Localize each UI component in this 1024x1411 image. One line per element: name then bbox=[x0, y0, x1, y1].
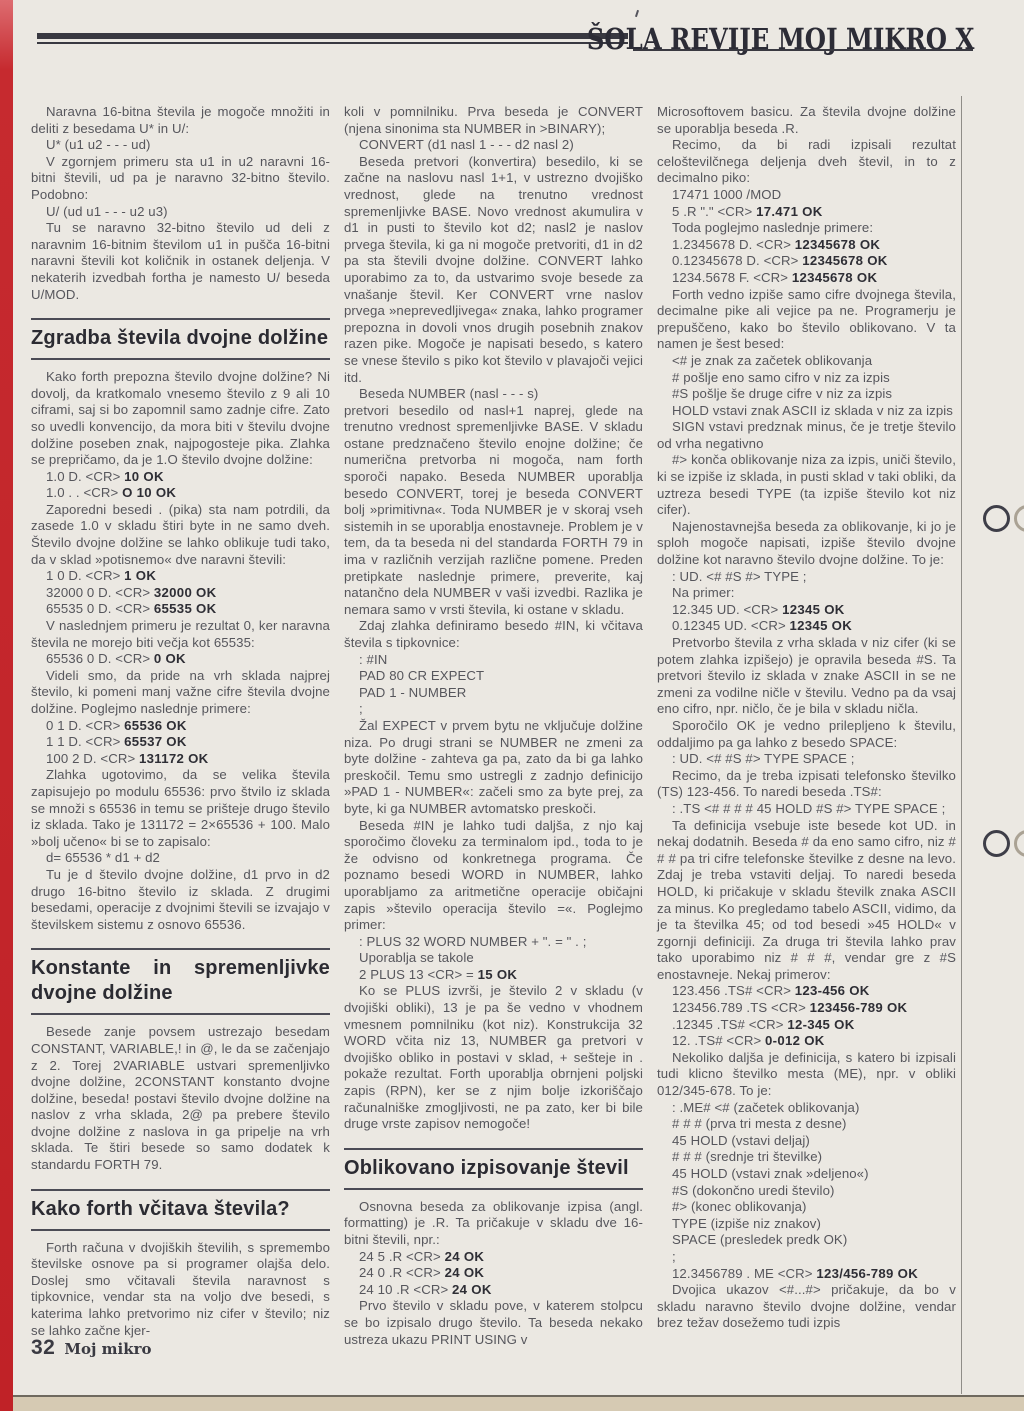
code-line: 65536 0 D. <CR> 0 OK bbox=[31, 651, 330, 668]
header-rule-thick bbox=[37, 33, 628, 39]
code-line: SPACE (presledek predk OK) bbox=[657, 1232, 956, 1249]
code-result: 17.471 OK bbox=[756, 204, 822, 219]
code-result: 0-012 OK bbox=[765, 1033, 825, 1048]
code-line: PAD 80 CR EXPECT bbox=[344, 668, 643, 685]
paragraph: <# je znak za začetek oblikovanja bbox=[657, 353, 956, 370]
code-result: 65535 OK bbox=[154, 601, 217, 616]
code-result: 1 OK bbox=[124, 568, 156, 583]
code-line: 100 2 D. <CR> 131172 OK bbox=[31, 751, 330, 768]
code-line: 45 HOLD (vstavi znak »deljeno«) bbox=[657, 1166, 956, 1183]
code-result: 131172 OK bbox=[139, 751, 208, 766]
paragraph: Žal EXPECT v prvem bytu ne vključuje dol… bbox=[344, 718, 643, 818]
section-heading: Konstante in spremenljivke dvojne dolžin… bbox=[31, 948, 330, 1015]
header-title-underline bbox=[633, 49, 973, 51]
paragraph: SIGN vstavi predznak minus, če je tretje… bbox=[657, 419, 956, 452]
paragraph: #> konča oblikovanje niza za izpis, unič… bbox=[657, 452, 956, 518]
binder-hole-ghost-icon bbox=[1014, 505, 1024, 532]
paragraph: Zdaj zlahka definiramo besedo #IN, ki vč… bbox=[344, 618, 643, 651]
paragraph: Forth vedno izpiše samo cifre dvojnega š… bbox=[657, 287, 956, 353]
header-rule-thin bbox=[37, 42, 628, 44]
section-heading: Oblikovano izpisovanje števil bbox=[344, 1148, 643, 1190]
code-line: U/ (ud u1 - - - u2 u3) bbox=[31, 204, 330, 221]
code-result: 24 OK bbox=[445, 1249, 485, 1264]
paragraph: Osnovna beseda za oblikovanje izpisa (an… bbox=[344, 1199, 643, 1249]
code-result: 12345 OK bbox=[782, 602, 845, 617]
code-line: : .TS <# # # # 45 HOLD #S #> TYPE SPACE … bbox=[657, 801, 956, 818]
paragraph: koli v pomnilniku. Prva beseda je CONVER… bbox=[344, 104, 643, 137]
paragraph: Besede zanje povsem ustrezajo besedam CO… bbox=[31, 1024, 330, 1173]
magazine-page: ŠOLA REVIJE MOJ MIKRO X Naravna 16-bitna… bbox=[0, 0, 1024, 1411]
paragraph: Tu se naravno 32-bitno število ud deli z… bbox=[31, 220, 330, 303]
code-line: Na primer: bbox=[657, 585, 956, 602]
code-result: 24 OK bbox=[445, 1265, 485, 1280]
code-result: 123-456 OK bbox=[795, 983, 870, 998]
code-line: : UD. <# #S #> TYPE SPACE ; bbox=[657, 751, 956, 768]
code-line: 1 1 D. <CR> 65537 OK bbox=[31, 734, 330, 751]
code-line: 24 5 .R <CR> 24 OK bbox=[344, 1249, 643, 1266]
code-line: ; bbox=[344, 701, 643, 718]
paragraph: pretvori besedilo od nasl+1 naprej, gled… bbox=[344, 403, 643, 619]
scan-speck bbox=[635, 10, 639, 17]
page-edge-bottom-strip bbox=[0, 1395, 1024, 1411]
paragraph: Dvojica ukazov <#...#> pričakuje, da bo … bbox=[657, 1282, 956, 1332]
code-result: 0 OK bbox=[154, 651, 186, 666]
code-line: : #IN bbox=[344, 652, 643, 669]
code-line: U* (u1 u2 - - - ud) bbox=[31, 137, 330, 154]
code-result: 12345678 OK bbox=[802, 253, 887, 268]
code-result: 24 OK bbox=[452, 1282, 492, 1297]
section-heading: Kako forth včitava števila? bbox=[31, 1189, 330, 1231]
column-3: Microsoftovem basicu. Za števila dvojne … bbox=[657, 104, 956, 1332]
paragraph: Prvo število v skladu pove, v katerem st… bbox=[344, 1298, 643, 1348]
paragraph: V zgornjem primeru sta u1 in u2 naravni … bbox=[31, 154, 330, 204]
paragraph: Naravna 16-bitna števila je mogoče množi… bbox=[31, 104, 330, 137]
code-line: 2 PLUS 13 <CR> = 15 OK bbox=[344, 967, 643, 984]
binder-hole-ghost-icon bbox=[1014, 830, 1024, 857]
paragraph: V naslednjem primeru je rezultat 0, ker … bbox=[31, 618, 330, 651]
code-line: 12.3456789 . ME <CR> 123/456-789 OK bbox=[657, 1266, 956, 1283]
code-result: 12345678 OK bbox=[795, 237, 880, 252]
code-result: O 10 OK bbox=[122, 485, 176, 500]
code-line: TYPE (izpiše niz znakov) bbox=[657, 1216, 956, 1233]
code-line: .12345 .TS# <CR> 12-345 OK bbox=[657, 1017, 956, 1034]
right-edge-rule bbox=[961, 96, 962, 1394]
code-line: 1234.5678 F. <CR> 12345678 OK bbox=[657, 270, 956, 287]
code-line: : UD. <# #S #> TYPE ; bbox=[657, 569, 956, 586]
code-result: 123456-789 OK bbox=[810, 1000, 908, 1015]
code-line: 123456.789 .TS <CR> 123456-789 OK bbox=[657, 1000, 956, 1017]
code-line: 0 1 D. <CR> 65536 OK bbox=[31, 718, 330, 735]
paragraph: Videli smo, da pride na vrh sklada najpr… bbox=[31, 668, 330, 718]
code-line: 45 HOLD (vstavi deljaj) bbox=[657, 1133, 956, 1150]
code-line: 12.345 UD. <CR> 12345 OK bbox=[657, 602, 956, 619]
code-result: 15 OK bbox=[478, 967, 518, 982]
binder-hole-icon bbox=[983, 830, 1010, 857]
paragraph: Recimo, da bi radi izpisali rezultat cel… bbox=[657, 137, 956, 187]
paragraph: Ta definicija vsebuje iste besede kot UD… bbox=[657, 818, 956, 984]
code-line: ; bbox=[657, 1249, 956, 1266]
paragraph: Microsoftovem basicu. Za števila dvojne … bbox=[657, 104, 956, 137]
code-result: 65537 OK bbox=[124, 734, 187, 749]
paragraph: Beseda pretvori (konvertira) besedilo, k… bbox=[344, 154, 643, 386]
binder-hole-icon bbox=[983, 505, 1010, 532]
code-line: 1.2345678 D. <CR> 12345678 OK bbox=[657, 237, 956, 254]
paragraph: Najenostavnejša beseda za oblikovanje, k… bbox=[657, 519, 956, 569]
page-footer: 32Moj mikro bbox=[31, 1336, 152, 1360]
code-line: 32000 0 D. <CR> 32000 OK bbox=[31, 585, 330, 602]
code-line: #S (dokončno uredi število) bbox=[657, 1183, 956, 1200]
paragraph: Zaporedni besedi . (pika) sta nam potrdi… bbox=[31, 502, 330, 568]
code-result: 12-345 OK bbox=[787, 1017, 854, 1032]
code-line: 12. .TS# <CR> 0-012 OK bbox=[657, 1033, 956, 1050]
code-line: 0.12345678 D. <CR> 12345678 OK bbox=[657, 253, 956, 270]
code-result: 65536 OK bbox=[124, 718, 187, 733]
paragraph: Nekoliko daljša je definicija, s katero … bbox=[657, 1050, 956, 1100]
paragraph: HOLD vstavi znak ASCII iz sklada v niz z… bbox=[657, 403, 956, 420]
code-line: 65535 0 D. <CR> 65535 OK bbox=[31, 601, 330, 618]
paragraph: Beseda #IN je lahko tudi daljša, z njo k… bbox=[344, 818, 643, 934]
code-line: CONVERT (d1 nasl 1 - - - d2 nasl 2) bbox=[344, 137, 643, 154]
paragraph: Forth računa v dvojiških številih, s spr… bbox=[31, 1240, 330, 1340]
code-line: # # # (srednje tri številke) bbox=[657, 1149, 956, 1166]
code-line: 1.0 . . <CR> O 10 OK bbox=[31, 485, 330, 502]
paragraph: Beseda NUMBER (nasl - - - s) bbox=[344, 386, 643, 403]
column-1: Naravna 16-bitna števila je mogoče množi… bbox=[31, 104, 330, 1339]
code-line: PAD 1 - NUMBER bbox=[344, 685, 643, 702]
code-line: 24 0 .R <CR> 24 OK bbox=[344, 1265, 643, 1282]
paragraph: Recimo, da je treba izpisati telefonsko … bbox=[657, 768, 956, 801]
code-result: 12345 OK bbox=[790, 618, 853, 633]
code-line: Uporablja se takole bbox=[344, 950, 643, 967]
paragraph: Tu je d število dvojne dolžine, d1 prvo … bbox=[31, 867, 330, 933]
code-line: : PLUS 32 WORD NUMBER + ". = " . ; bbox=[344, 934, 643, 951]
code-line: 17471 1000 /MOD bbox=[657, 187, 956, 204]
code-result: 12345678 OK bbox=[792, 270, 877, 285]
paragraph: #S pošlje še druge cifre v niz za izpis bbox=[657, 386, 956, 403]
paragraph: Toda poglejmo naslednje primere: bbox=[657, 220, 956, 237]
code-result: 32000 OK bbox=[154, 585, 217, 600]
code-line: #> (konec oblikovanja) bbox=[657, 1199, 956, 1216]
paragraph: Pretvorbo števila z vrha sklada v niz ci… bbox=[657, 635, 956, 718]
code-line: # # # (prva tri mesta z desne) bbox=[657, 1116, 956, 1133]
magazine-name: Moj mikro bbox=[64, 1340, 151, 1358]
column-2: koli v pomnilniku. Prva beseda je CONVER… bbox=[344, 104, 643, 1348]
code-line: 1 0 D. <CR> 1 OK bbox=[31, 568, 330, 585]
code-result: 10 OK bbox=[124, 469, 164, 484]
paragraph: Kako forth prepozna število dvojne dolži… bbox=[31, 369, 330, 469]
page-edge-red-strip bbox=[0, 0, 13, 1411]
code-line: : .ME# <# (začetek oblikovanja) bbox=[657, 1100, 956, 1117]
paragraph: # pošlje eno samo cifro v niz za izpis bbox=[657, 370, 956, 387]
code-line: 24 10 .R <CR> 24 OK bbox=[344, 1282, 643, 1299]
section-heading: Zgradba števila dvojne dolžine bbox=[31, 318, 330, 360]
page-number: 32 bbox=[31, 1336, 55, 1359]
code-line: 0.12345 UD. <CR> 12345 OK bbox=[657, 618, 956, 635]
code-line: 1.0 D. <CR> 10 OK bbox=[31, 469, 330, 486]
paragraph: Sporočilo OK je vedno prilepljeno k štev… bbox=[657, 718, 956, 751]
code-line: 123.456 .TS# <CR> 123-456 OK bbox=[657, 983, 956, 1000]
paragraph: Zlahka ugotovimo, da se velika števila z… bbox=[31, 767, 330, 850]
code-line: 5 .R "." <CR> 17.471 OK bbox=[657, 204, 956, 221]
code-line: d= 65536 * d1 + d2 bbox=[31, 850, 330, 867]
paragraph: Ko se PLUS izvrši, je število 2 v skladu… bbox=[344, 983, 643, 1132]
code-result: 123/456-789 OK bbox=[816, 1266, 918, 1281]
